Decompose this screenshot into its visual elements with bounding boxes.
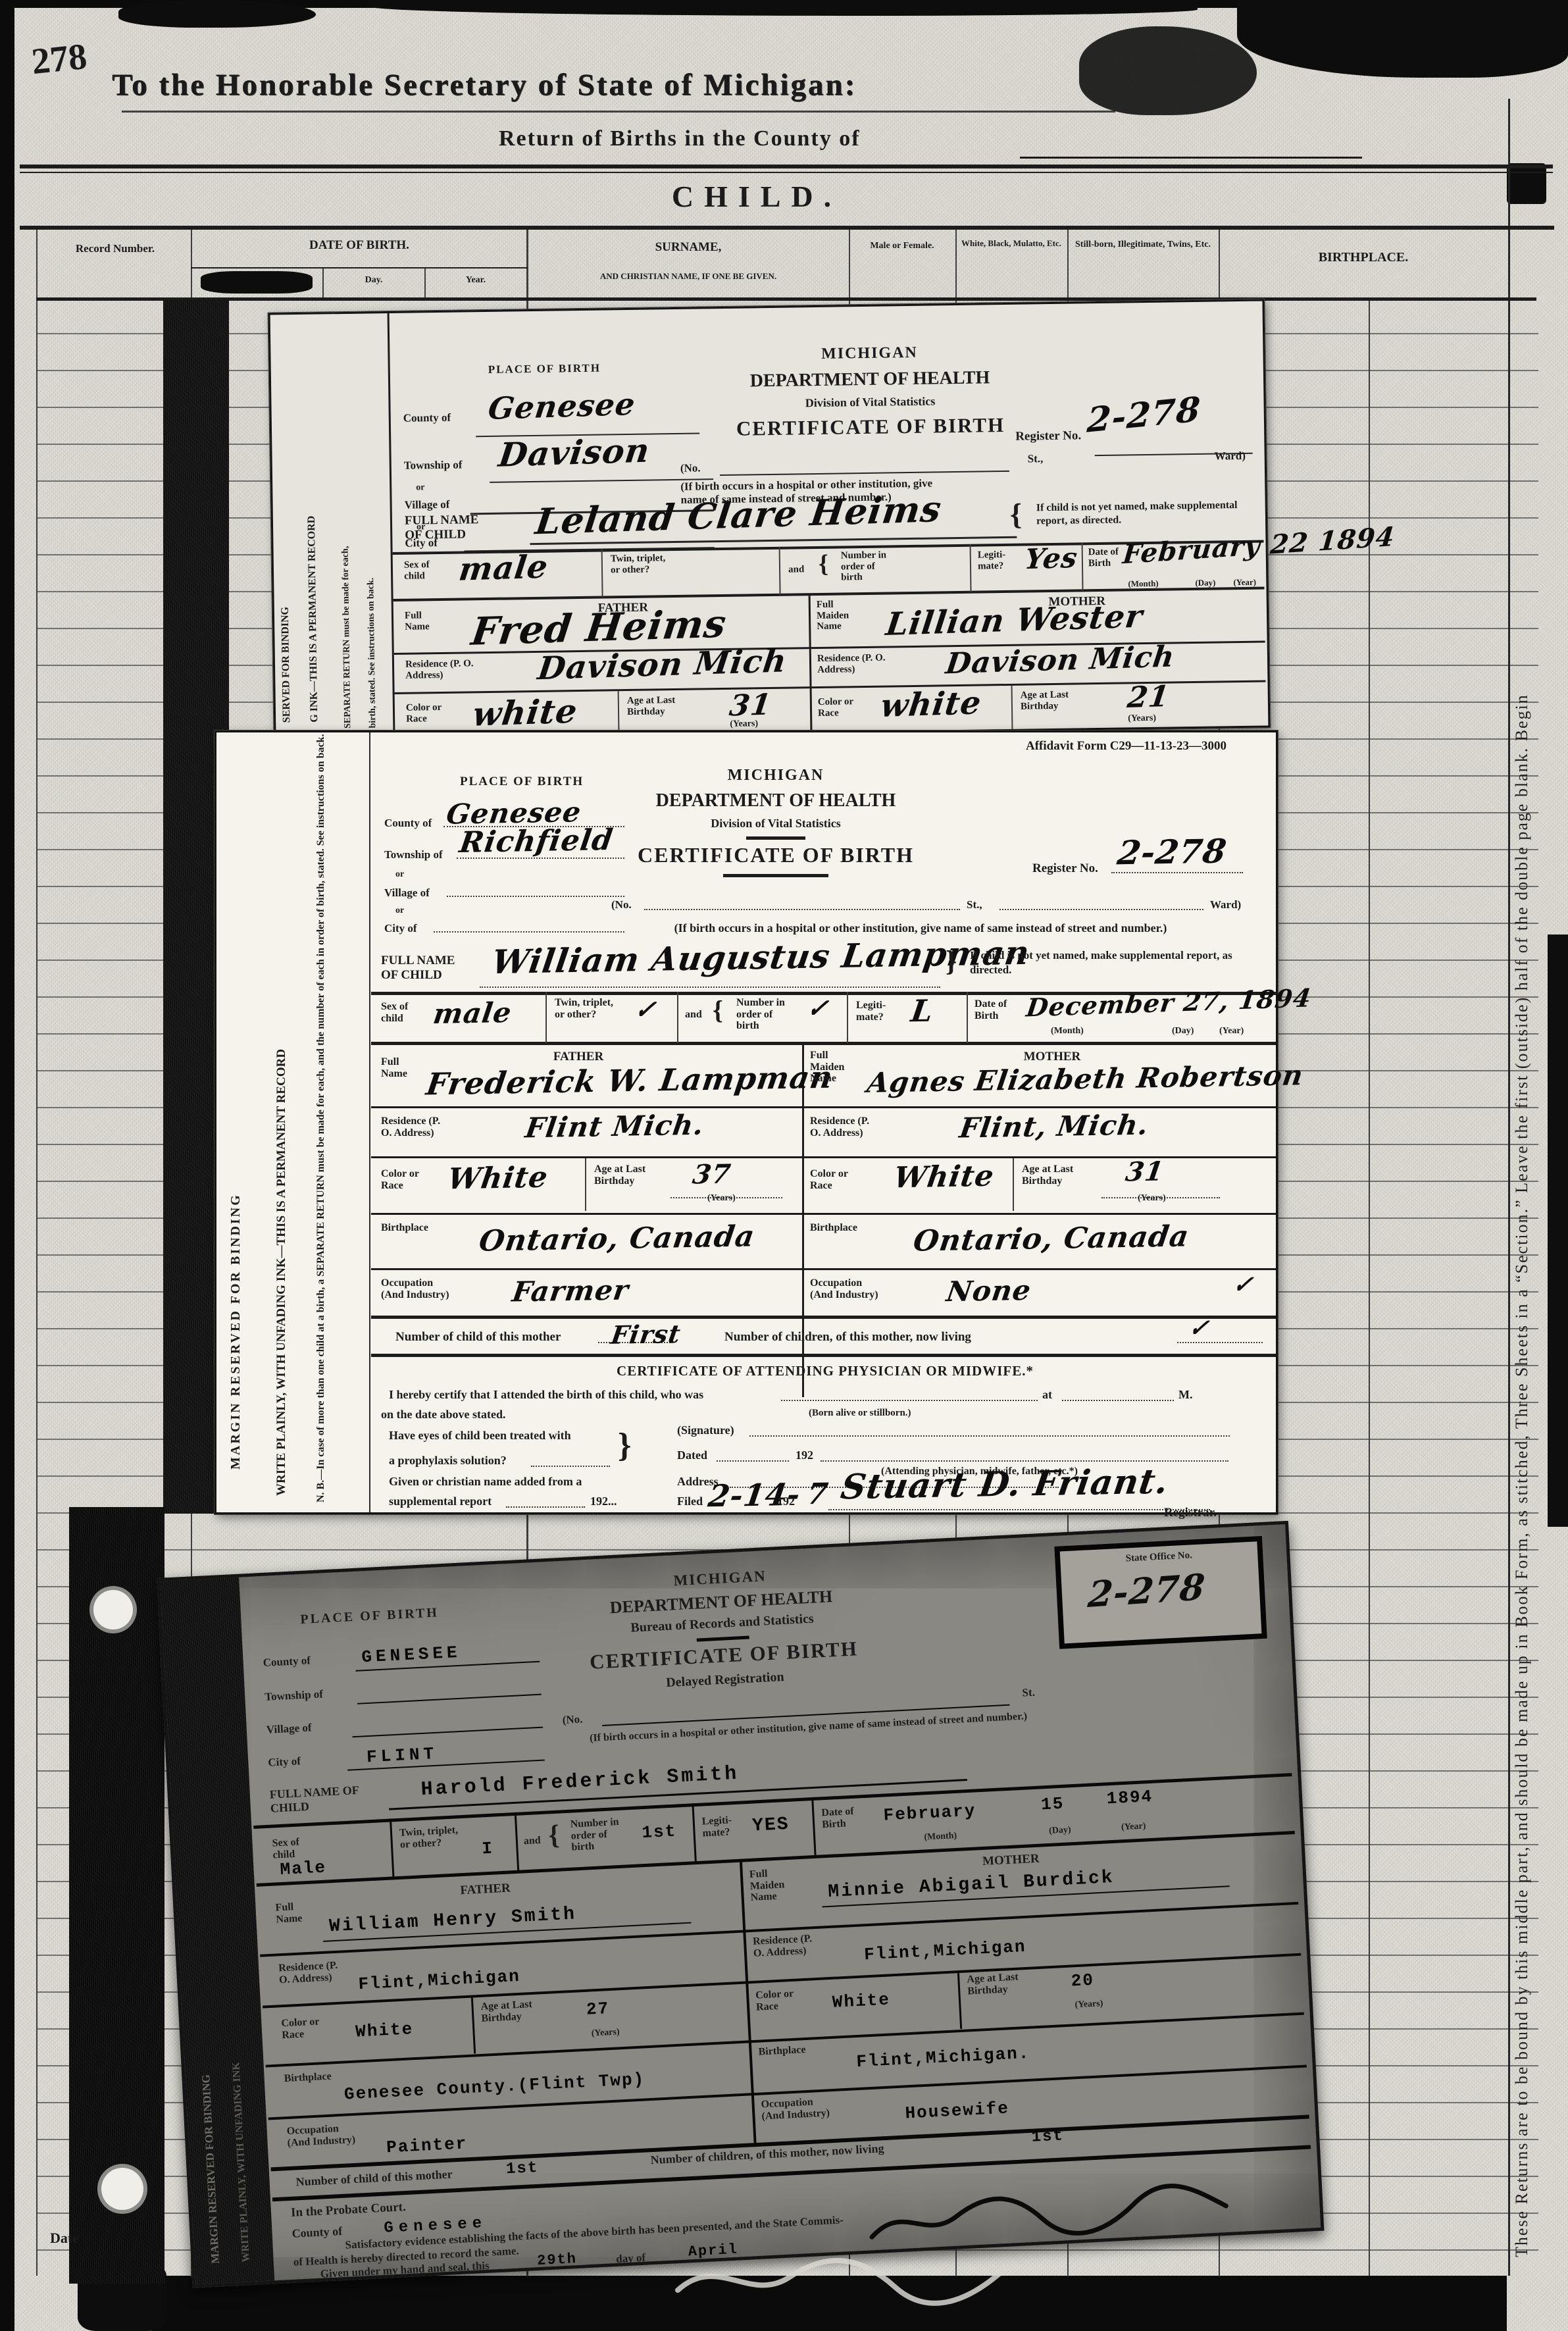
dotted-line bbox=[1062, 1391, 1174, 1401]
father-name-label: Full Name bbox=[275, 1901, 309, 1926]
years-label: (Years) bbox=[707, 1193, 736, 1203]
certificate-lampman: MARGIN RESERVED FOR BINDING WRITE PLAINL… bbox=[215, 730, 1278, 1514]
michigan-heading: MICHIGAN bbox=[638, 767, 914, 785]
rule bbox=[20, 165, 1553, 168]
michigan-heading: MICHIGAN bbox=[731, 343, 1007, 365]
rule bbox=[723, 874, 828, 877]
order-mark: ✓ bbox=[805, 993, 831, 1023]
cell-rule bbox=[967, 992, 968, 1043]
cell-rule bbox=[585, 1158, 586, 1211]
column-header-day: Day. bbox=[324, 275, 424, 285]
mother-birthplace-value: Ontario, Canada bbox=[911, 1219, 1192, 1258]
bottom-date-label: Date bbox=[50, 2230, 79, 2246]
sex-value: Male bbox=[280, 1858, 327, 1880]
father-name-value: William Henry Smith bbox=[328, 1904, 576, 1937]
county-label: County of bbox=[403, 411, 451, 425]
village-label: Village of bbox=[384, 886, 430, 900]
brace: } bbox=[618, 1426, 632, 1465]
child-count-label: Number of child of this mother bbox=[295, 2167, 453, 2189]
city-label: City of bbox=[268, 1755, 301, 1769]
unnamed-note: If child is not yet named, make suppleme… bbox=[970, 948, 1246, 977]
legitimate-label: Legiti- mate? bbox=[856, 1000, 902, 1023]
eyes-label: Have eyes of child been treated with bbox=[389, 1429, 571, 1443]
punch-hole bbox=[93, 1590, 133, 1629]
scan-edge-left bbox=[0, 0, 14, 2331]
ink-blot bbox=[1237, 0, 1568, 78]
scan-edge-right bbox=[1548, 935, 1568, 1527]
brace: } bbox=[946, 944, 957, 978]
margin-note: SEPARATE RETURN must be made for each, bbox=[338, 320, 354, 729]
year-label: (Year) bbox=[1121, 1821, 1146, 1832]
full-name-label: FULL NAME OF CHILD bbox=[269, 1783, 363, 1815]
no-label: (No. bbox=[680, 461, 701, 474]
dotted-line bbox=[749, 1426, 1230, 1437]
brace: { bbox=[819, 550, 829, 578]
father-residence-label: Residence (P. O. Address) bbox=[278, 1959, 352, 1986]
living-count-value: 1st bbox=[1031, 2127, 1065, 2146]
ink-blot bbox=[368, 0, 1198, 16]
registrar-label: Registrar. bbox=[1164, 1506, 1217, 1520]
margin-note: N. B.—In case of more than one child at … bbox=[315, 739, 363, 1502]
or-label: or bbox=[395, 906, 404, 915]
rule bbox=[371, 1316, 1276, 1319]
county-value: GENESEE bbox=[361, 1643, 462, 1668]
father-occupation-value: Painter bbox=[386, 2134, 468, 2157]
dated-label: Dated bbox=[677, 1448, 707, 1462]
given-name-label: Given or christian name added from a bbox=[389, 1475, 582, 1489]
full-name-label: FULL NAME OF CHILD bbox=[405, 513, 491, 542]
twin-label: Twin, triplet, or other? bbox=[399, 1824, 467, 1851]
punch-hole bbox=[101, 2168, 143, 2210]
legitimate-value: YES bbox=[751, 1814, 790, 1837]
father-residence-value: Flint,Michigan bbox=[358, 1966, 521, 1994]
cell-rule bbox=[390, 1818, 395, 1878]
father-residence-value: Davison Mich bbox=[536, 642, 789, 687]
rule bbox=[371, 1268, 1276, 1270]
father-name-value: Frederick W. Lampman bbox=[424, 1060, 835, 1102]
rule bbox=[371, 1042, 1276, 1045]
mother-color-value: white bbox=[878, 684, 984, 725]
binding-instruction-note: These Returns are to be bound by this mi… bbox=[1512, 184, 1532, 2257]
writing-line bbox=[357, 1694, 542, 1704]
st-label: St., bbox=[967, 898, 982, 911]
father-birthplace-value: Ontario, Canada bbox=[477, 1219, 757, 1258]
parent-divider bbox=[740, 1862, 757, 2145]
birth-day-value: 15 bbox=[1040, 1794, 1065, 1815]
child-section-heading: CHILD. bbox=[592, 179, 921, 214]
father-color-label: Color or Race bbox=[381, 1168, 427, 1191]
column-header-surname-sub: AND CHRISTIAN NAME, IF ONE BE GIVEN. bbox=[528, 271, 849, 282]
father-color-label: Color or Race bbox=[281, 2016, 328, 2041]
month-label: (Month) bbox=[1128, 579, 1158, 589]
mother-name-value: Minnie Abigail Burdick bbox=[828, 1868, 1115, 1903]
ledger-title: To the Honorable Secretary of State of M… bbox=[112, 67, 857, 103]
state-office-value: 2-278 bbox=[1086, 1566, 1207, 1616]
mother-maiden-label: Full Maiden Name bbox=[749, 1866, 801, 1904]
day-label: (Day) bbox=[1195, 578, 1215, 588]
mother-heading: MOTHER bbox=[951, 1850, 1071, 1870]
order-value: 1st bbox=[642, 1822, 677, 1843]
scanned-ledger-page: 278 To the Honorable Secretary of State … bbox=[0, 0, 1568, 2331]
or-label: or bbox=[395, 869, 404, 879]
father-age-label: Age at Last Birthday bbox=[594, 1164, 670, 1187]
child-count-value: 1st bbox=[505, 2159, 539, 2178]
father-birthplace-label: Birthplace bbox=[284, 2071, 332, 2085]
order-label: Number in order of birth bbox=[736, 997, 797, 1032]
writing-line bbox=[490, 478, 713, 483]
mother-color-value: White bbox=[892, 1160, 996, 1195]
father-heading: FATHER bbox=[426, 1880, 545, 1900]
dob-label: Date of Birth bbox=[974, 998, 1021, 1021]
sex-value: male bbox=[431, 996, 514, 1030]
rule bbox=[266, 2012, 1304, 2068]
years-label: (Years) bbox=[730, 719, 758, 729]
father-age-value: 27 bbox=[586, 1999, 610, 2020]
twin-mark: ✓ bbox=[633, 994, 659, 1025]
month-label-smudge bbox=[201, 271, 313, 294]
affidavit-form-number: Affidavit Form C29—11-13-23—3000 bbox=[1026, 739, 1227, 754]
filed-year-value: 7 bbox=[805, 1477, 830, 1512]
father-color-label: Color or Race bbox=[406, 702, 452, 725]
probate-court-label: In the Probate Court. bbox=[291, 2200, 407, 2220]
hospital-note: (If birth occurs in a hospital or other … bbox=[624, 921, 1217, 936]
cell-rule bbox=[779, 547, 781, 595]
no-label: (No. bbox=[611, 898, 632, 911]
father-occupation-label: Occupation (And Industry) bbox=[286, 2122, 360, 2149]
filed-label: Filed bbox=[677, 1495, 703, 1508]
dotted-line bbox=[999, 900, 1203, 910]
father-birthplace-label: Birthplace bbox=[381, 1222, 428, 1234]
ledger-subtitle: Return of Births in the County of bbox=[499, 126, 861, 151]
certificate-heading: CERTIFICATE OF BIRTH bbox=[605, 843, 947, 867]
cell-rule bbox=[1011, 686, 1013, 729]
years-label: (Years) bbox=[1128, 713, 1156, 724]
years-label: (Years) bbox=[591, 2027, 619, 2039]
page-number: 278 bbox=[30, 36, 89, 83]
father-heading: FATHER bbox=[519, 1050, 638, 1064]
margin-note: WRITE PLAINLY, WITH UNFADING INK—THIS IS… bbox=[274, 746, 289, 1496]
rule bbox=[746, 836, 805, 840]
day-label: (Day) bbox=[1049, 1825, 1071, 1836]
subtitle-writing-line bbox=[1020, 157, 1362, 159]
margin-rule bbox=[369, 732, 370, 1512]
register-no-label: Register No. bbox=[1015, 428, 1081, 444]
cell-rule bbox=[618, 691, 620, 734]
legitimate-value: L bbox=[909, 993, 936, 1029]
dotted-line bbox=[434, 922, 624, 933]
ink-smudge bbox=[1079, 26, 1257, 115]
prophylaxis-label: a prophylaxis solution? bbox=[389, 1454, 507, 1468]
cell-rule bbox=[1013, 1158, 1014, 1211]
department-heading: DEPARTMENT OF HEALTH bbox=[699, 367, 1041, 392]
physician-heading: CERTIFICATE OF ATTENDING PHYSICIAN OR MI… bbox=[480, 1363, 1171, 1379]
cell-rule bbox=[692, 1803, 697, 1862]
margin-note: MARGIN RESERVED FOR BINDING bbox=[228, 772, 243, 1470]
dotted-line bbox=[821, 1451, 1228, 1462]
county-label: County of bbox=[384, 817, 432, 830]
register-no-value: 2-278 bbox=[1086, 389, 1201, 440]
mother-occupation-label: Occupation (And Industry) bbox=[810, 1277, 882, 1300]
filed-192: 192 bbox=[777, 1495, 795, 1508]
brace: { bbox=[547, 1820, 560, 1852]
mother-age-label: Age at Last Birthday bbox=[967, 1970, 1044, 1997]
sex-value: male bbox=[457, 548, 550, 588]
column-header-birthplace: BIRTHPLACE. bbox=[1220, 250, 1507, 265]
child-name-value: Harold Frederick Smith bbox=[420, 1763, 740, 1801]
father-residence-label: Residence (P. O. Address) bbox=[405, 658, 478, 681]
father-age-label: Age at Last Birthday bbox=[480, 1997, 557, 2024]
township-value: Davison bbox=[497, 430, 653, 474]
mother-occupation-value: Housewife bbox=[905, 2098, 1010, 2123]
mother-birthplace-value: Flint,Michigan. bbox=[856, 2043, 1030, 2072]
mother-birthplace-label: Birthplace bbox=[758, 2044, 806, 2058]
register-no-label: Register No. bbox=[1032, 861, 1098, 876]
dotted-line bbox=[1177, 1333, 1263, 1343]
day-label: (Day) bbox=[1172, 1026, 1194, 1036]
township-label: Township of bbox=[404, 459, 463, 473]
father-age-value: 37 bbox=[691, 1159, 733, 1191]
ledger-vline bbox=[36, 226, 38, 2276]
father-name-label: Full Name bbox=[405, 610, 438, 632]
birth-year-value: 1894 bbox=[1106, 1787, 1153, 1809]
sex-label: Sex of child bbox=[381, 1001, 427, 1024]
column-header-date-of-birth: DATE OF BIRTH. bbox=[192, 238, 526, 253]
at-label: at bbox=[1042, 1388, 1052, 1402]
year-label: (Year) bbox=[1219, 1026, 1244, 1036]
cell-rule bbox=[515, 1812, 520, 1872]
mother-color-label: Color or Race bbox=[755, 1987, 803, 2013]
father-age-value: 31 bbox=[728, 688, 774, 723]
dotted-line bbox=[644, 900, 960, 910]
twin-label: Twin, triplet, or other? bbox=[611, 553, 676, 575]
place-of-birth-label: PLACE OF BIRTH bbox=[460, 775, 584, 789]
mother-residence-value: Flint, Mich. bbox=[957, 1109, 1151, 1144]
margin-rule bbox=[388, 313, 395, 738]
or-label: or bbox=[416, 482, 424, 493]
father-occupation-value: Farmer bbox=[510, 1273, 631, 1308]
rule bbox=[36, 297, 1536, 301]
ward-label: Ward) bbox=[1210, 898, 1241, 911]
mother-birthplace-label: Birthplace bbox=[810, 1222, 857, 1234]
brace: { bbox=[713, 994, 723, 1025]
no-label: (No. bbox=[562, 1713, 583, 1727]
place-of-birth-label: PLACE OF BIRTH bbox=[300, 1605, 439, 1627]
column-header-color: White, Black, Mulatto, Etc. bbox=[957, 238, 1066, 249]
rule bbox=[20, 226, 1554, 230]
rule bbox=[371, 1354, 1276, 1357]
dotted-line bbox=[1111, 863, 1243, 873]
dotted-line bbox=[531, 1456, 610, 1467]
cell-rule bbox=[970, 544, 972, 592]
order-label: Number in order of birth bbox=[841, 550, 898, 583]
cell-rule bbox=[847, 992, 848, 1043]
margin-note: birth, stated. See instructions on back. bbox=[363, 320, 379, 728]
dob-label: Date of Birth bbox=[821, 1805, 869, 1831]
cell-rule bbox=[471, 1997, 476, 2053]
sex-label: Sex of child bbox=[404, 559, 450, 582]
signature-scrawl bbox=[671, 2251, 1013, 2310]
birth-month-value: February bbox=[883, 1801, 976, 1825]
sex-label: Sex of child bbox=[272, 1835, 319, 1861]
legitimate-label: Legiti- mate? bbox=[701, 1814, 749, 1839]
margin-note: G INK—THIS IS A PERMANENT RECORD bbox=[303, 328, 320, 723]
living-count-label: Number of children, of this mother, now … bbox=[724, 1330, 971, 1345]
ward-label: Ward) bbox=[1215, 449, 1246, 463]
month-label: (Month) bbox=[924, 1831, 957, 1843]
mother-name-value: Lillian Wester bbox=[884, 598, 1145, 643]
rule bbox=[20, 172, 1553, 173]
division-heading: Division of Vital Statistics bbox=[719, 394, 1021, 411]
cell-rule bbox=[545, 992, 547, 1043]
seal-day-value: 29th bbox=[537, 2251, 578, 2269]
cell-rule bbox=[1082, 542, 1084, 590]
father-birthplace-value: Genesee County.(Flint Twp) bbox=[343, 2069, 645, 2104]
margin-note: SERVED FOR BINDING bbox=[276, 341, 293, 723]
dotted-line bbox=[457, 848, 624, 859]
child-name-value: Leland Clare Heims bbox=[533, 488, 944, 542]
village-label: Village of bbox=[404, 498, 449, 512]
father-residence-label: Residence (P. O. Address) bbox=[381, 1115, 453, 1139]
mother-color-value: White bbox=[832, 1989, 890, 2012]
certificate-heading: CERTIFICATE OF BIRTH bbox=[693, 413, 1048, 441]
father-residence-value: Flint Mich. bbox=[523, 1109, 706, 1144]
st-label: St., bbox=[1028, 452, 1044, 465]
dotted-line bbox=[506, 1497, 585, 1508]
mother-age-value: 31 bbox=[1124, 1156, 1166, 1188]
rule bbox=[697, 1636, 749, 1642]
state-office-box: State Office No. 2-278 bbox=[1054, 1536, 1267, 1649]
mother-occupation-value: None bbox=[944, 1274, 1033, 1308]
ledger-vline bbox=[1508, 99, 1510, 2276]
state-office-label: State Office No. bbox=[1060, 1547, 1257, 1568]
father-occupation-label: Occupation (And Industry) bbox=[381, 1277, 453, 1300]
township-label: Township of bbox=[265, 1687, 324, 1703]
years-label: (Years) bbox=[1075, 1999, 1103, 2011]
mother-occupation-mark: ✓ bbox=[1231, 1271, 1255, 1299]
on-date-label: on the date above stated. bbox=[381, 1408, 506, 1422]
mother-age-label: Age at Last Birthday bbox=[1022, 1164, 1098, 1187]
birth-date-value: December 27, 1894 bbox=[1024, 983, 1313, 1022]
mother-residence-value: Flint,Michigan bbox=[864, 1937, 1027, 1964]
mother-occupation-label: Occupation (And Industry) bbox=[761, 2095, 834, 2122]
mother-residence-label: Residence (P. O. Address) bbox=[817, 652, 890, 675]
and-label: and bbox=[524, 1835, 542, 1847]
cell-rule bbox=[957, 1973, 962, 2029]
father-color-value: White bbox=[355, 2019, 414, 2041]
rule bbox=[371, 1213, 1276, 1215]
supplemental-192: 192... bbox=[590, 1495, 617, 1508]
certificate-heims: SERVED FOR BINDING G INK—THIS IS A PERMA… bbox=[268, 299, 1271, 741]
mother-heading: MOTHER bbox=[993, 1050, 1111, 1064]
dated-192: 192 bbox=[796, 1448, 813, 1462]
rule bbox=[191, 267, 528, 269]
child-count-label: Number of child of this mother bbox=[395, 1330, 561, 1345]
rule bbox=[371, 1106, 1276, 1108]
brace: { bbox=[1010, 497, 1023, 532]
column-header-sex: Male or Female. bbox=[850, 241, 954, 251]
county-value: Genesee bbox=[486, 386, 638, 426]
father-name-label: Full Name bbox=[381, 1056, 414, 1079]
years-label: (Years) bbox=[1138, 1193, 1166, 1203]
city-value: FLINT bbox=[366, 1744, 438, 1767]
mother-residence-value: Davison Mich bbox=[944, 640, 1176, 680]
mother-age-label: Age at Last Birthday bbox=[1021, 689, 1093, 712]
writing-line bbox=[353, 1727, 544, 1738]
ink-blot bbox=[118, 0, 316, 28]
certify-line: I hereby certify that I attended the bir… bbox=[389, 1388, 703, 1402]
township-label: Township of bbox=[384, 848, 443, 861]
father-color-value: white bbox=[470, 692, 580, 734]
place-of-birth-label: PLACE OF BIRTH bbox=[488, 361, 672, 376]
child-count-value: First bbox=[609, 1319, 683, 1350]
mother-age-value: 21 bbox=[1126, 680, 1172, 715]
full-name-label: FULL NAME OF CHILD bbox=[381, 954, 467, 983]
supplemental-label: supplemental report bbox=[389, 1495, 492, 1508]
day-of-label: day of bbox=[616, 2251, 646, 2266]
dotted-line bbox=[717, 1451, 789, 1462]
village-label: Village of bbox=[266, 1721, 312, 1736]
probate-county-label: County of bbox=[291, 2224, 342, 2241]
column-header-year: Year. bbox=[426, 275, 525, 285]
year-label: (Year) bbox=[1233, 578, 1256, 588]
mother-age-value: 20 bbox=[1071, 1970, 1095, 1991]
cell-rule bbox=[811, 1797, 817, 1857]
mother-residence-label: Residence (P. O. Address) bbox=[810, 1115, 882, 1139]
column-header-stillborn: Still-born, Illegitimate, Twins, Etc. bbox=[1069, 240, 1217, 249]
born-alive-label: (Born alive or stillborn.) bbox=[809, 1408, 911, 1419]
legitimate-value: Yes bbox=[1023, 542, 1080, 576]
ledger-vline bbox=[424, 269, 426, 297]
m-label: M. bbox=[1178, 1388, 1193, 1402]
department-heading: DEPARTMENT OF HEALTH bbox=[611, 790, 940, 811]
twin-value: I bbox=[482, 1839, 494, 1859]
cell-rule bbox=[601, 550, 603, 598]
parent-divider bbox=[809, 596, 813, 732]
mother-name-value: Agnes Elizabeth Robertson bbox=[865, 1059, 1305, 1099]
writing-line bbox=[720, 471, 1009, 476]
twin-label: Twin, triplet, or other? bbox=[555, 997, 618, 1020]
division-heading: Division of Vital Statistics bbox=[631, 817, 921, 831]
mother-maiden-label: Full Maiden Name bbox=[810, 1050, 856, 1085]
mother-residence-label: Residence (P. O. Address) bbox=[753, 1932, 826, 1959]
legitimate-label: Legiti- mate? bbox=[978, 550, 1021, 572]
dotted-line bbox=[480, 977, 940, 988]
signature-label: (Signature) bbox=[677, 1423, 734, 1437]
father-age-label: Age at Last Birthday bbox=[627, 695, 699, 718]
city-label: City of bbox=[384, 922, 417, 935]
column-header-record-number: Record Number. bbox=[41, 242, 190, 255]
st-label: St. bbox=[1022, 1686, 1035, 1700]
dotted-line bbox=[447, 886, 624, 897]
unnamed-note: If child is not yet named, make suppleme… bbox=[1036, 499, 1254, 528]
and-label: and bbox=[788, 564, 804, 575]
certificate-smith-photostat: MARGIN RESERVED FOR BINDING WRITE PLAINL… bbox=[157, 1521, 1324, 2288]
ledger-vline bbox=[1369, 297, 1370, 2276]
father-color-value: White bbox=[445, 1161, 550, 1196]
mother-maiden-label: Full Maiden Name bbox=[817, 599, 863, 632]
mother-color-label: Color or Race bbox=[810, 1168, 856, 1191]
county-label: County of bbox=[263, 1654, 311, 1669]
and-label: and bbox=[685, 1009, 702, 1021]
cell-rule bbox=[677, 992, 678, 1043]
mother-color-label: Color or Race bbox=[818, 696, 864, 719]
order-label: Number in order of birth bbox=[570, 1816, 632, 1853]
dotted-line bbox=[828, 1500, 1210, 1510]
month-label: (Month) bbox=[1051, 1026, 1084, 1036]
title-underline bbox=[122, 111, 1115, 113]
dotted-line bbox=[781, 1391, 1038, 1401]
column-header-surname: SURNAME, bbox=[528, 240, 849, 255]
